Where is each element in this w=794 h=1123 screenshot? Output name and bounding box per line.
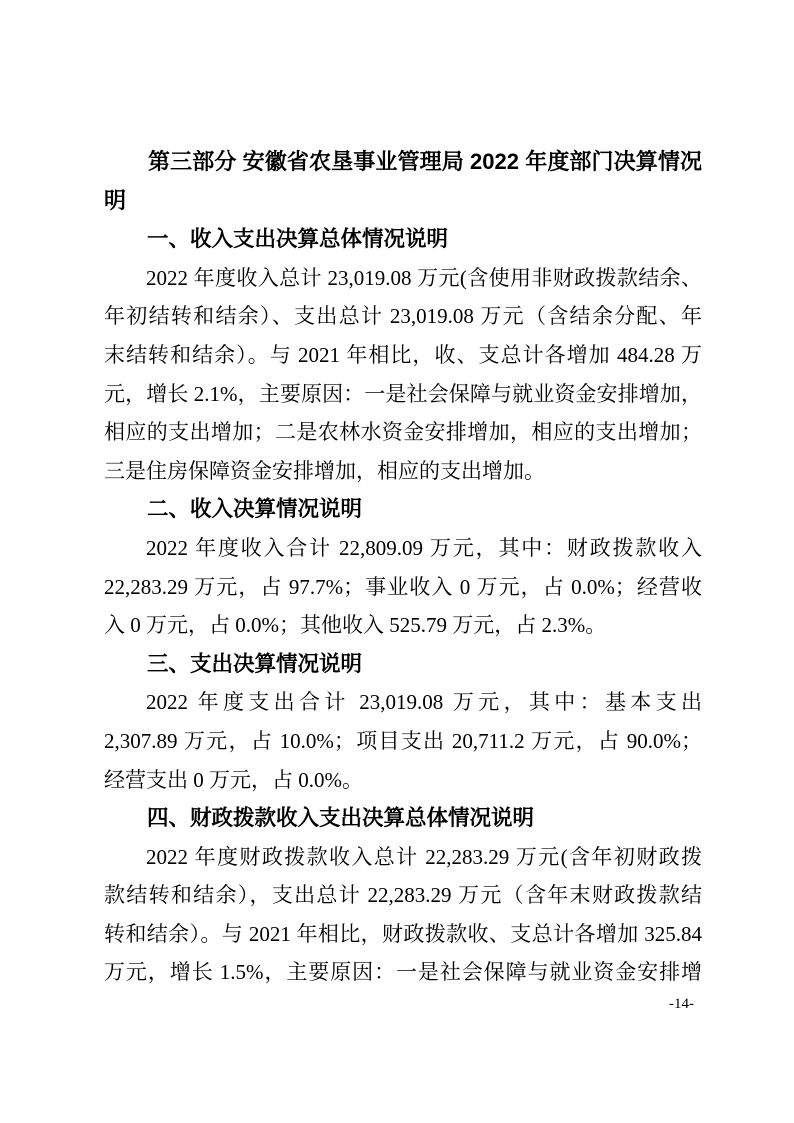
body-line: 相应的支出增加；二是农林水资金安排增加，相应的支出增加；: [104, 413, 702, 452]
body-line: 2,307.89 万元，占 10.0%；项目支出 20,711.2 万元，占 9…: [104, 722, 702, 761]
document-body: 第三部分 安徽省农垦事业管理局 2022 年度部门决算情况说 明 一、收入支出决…: [104, 143, 702, 992]
section-1: 一、收入支出决算总体情况说明 2022 年度收入总计 23,019.08 万元(…: [104, 220, 702, 490]
body-line: 2022 年度收入总计 23,019.08 万元(含使用非财政拨款结余、: [104, 259, 702, 298]
page-number: -14-: [669, 994, 694, 1014]
body-line: 年初结转和结余）、支出总计 23,019.08 万元（含结余分配、年: [104, 297, 702, 336]
body-line: 末结转和结余）。与 2021 年相比，收、支总计各增加 484.28 万: [104, 336, 702, 375]
body-line: 元，增长 2.1%，主要原因：一是社会保障与就业资金安排增加，: [104, 375, 702, 414]
section-3: 三、支出决算情况说明 2022 年度支出合计 23,019.08 万元，其中：基…: [104, 645, 702, 799]
section-2: 二、收入决算情况说明 2022 年度收入合计 22,809.09 万元，其中：财…: [104, 490, 702, 644]
section-heading: 四、财政拨款收入支出决算总体情况说明: [104, 799, 702, 838]
document-page: 第三部分 安徽省农垦事业管理局 2022 年度部门决算情况说 明 一、收入支出决…: [0, 0, 794, 1123]
body-line: 款结转和结余），支出总计 22,283.29 万元（含年末财政拨款结: [104, 876, 702, 915]
body-line: 万元，增长 1.5%，主要原因：一是社会保障与就业资金安排增加，: [104, 953, 702, 992]
body-line: 转和结余）。与 2021 年相比，财政拨款收、支总计各增加 325.84: [104, 915, 702, 954]
document-title-line: 明: [104, 182, 702, 221]
body-line: 22,283.29 万元，占 97.7%；事业收入 0 万元，占 0.0%；经营…: [104, 568, 702, 607]
section-heading: 一、收入支出决算总体情况说明: [104, 220, 702, 259]
body-line: 2022 年度财政拨款收入总计 22,283.29 万元(含年初财政拨: [104, 838, 702, 877]
section-4: 四、财政拨款收入支出决算总体情况说明 2022 年度财政拨款收入总计 22,28…: [104, 799, 702, 992]
section-heading: 二、收入决算情况说明: [104, 490, 702, 529]
document-title-line: 第三部分 安徽省农垦事业管理局 2022 年度部门决算情况说: [104, 143, 702, 182]
section-heading: 三、支出决算情况说明: [104, 645, 702, 684]
body-line: 2022 年度收入合计 22,809.09 万元，其中：财政拨款收入: [104, 529, 702, 568]
body-line: 三是住房保障资金安排增加，相应的支出增加。: [104, 452, 702, 491]
body-line: 2022 年度支出合计 23,019.08 万元，其中：基本支出: [104, 683, 702, 722]
body-line: 入 0 万元，占 0.0%；其他收入 525.79 万元，占 2.3%。: [104, 606, 702, 645]
document-title-block: 第三部分 安徽省农垦事业管理局 2022 年度部门决算情况说 明: [104, 143, 702, 220]
body-line: 经营支出 0 万元，占 0.0%。: [104, 761, 702, 800]
